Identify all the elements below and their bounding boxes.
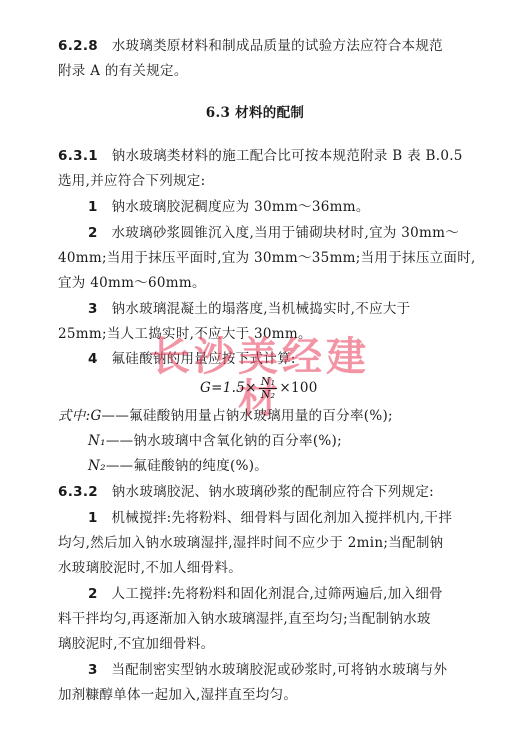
item-number: 1 xyxy=(88,199,98,215)
clause-text: 钠水玻璃胶泥、钠水玻璃砂浆的配制应符合下列规定: xyxy=(112,484,434,500)
formula-fraction: N₁N₂ xyxy=(259,376,278,401)
clause-number: 6.3.2 xyxy=(58,484,98,500)
clause-text-cont: 附录 A 的有关规定。 xyxy=(58,62,188,80)
list-item: 3 钠水玻璃混凝土的塌落度,当机械捣实时,不应大于 xyxy=(88,300,410,318)
item-text-cont: 水玻璃胶泥时,不加人细骨料。 xyxy=(58,559,242,577)
clause-text: 钠水玻璃类材料的施工配合比可按本规范附录 B 表 B.0.5 xyxy=(112,148,463,164)
denominator: N₂ xyxy=(259,389,278,401)
item-text-cont: 40mm;当用于抹压平面时,宜为 30mm～35mm;当用于抹压立面时, xyxy=(58,249,476,267)
document-page: 6.2.8 水玻璃类原材料和制成品质量的试验方法应符合本规范 附录 A 的有关规… xyxy=(0,0,510,736)
item-number: 2 xyxy=(88,586,98,602)
symbol: N₁ xyxy=(88,433,106,449)
clause-text: 水玻璃类原材料和制成品质量的试验方法应符合本规范 xyxy=(112,38,443,54)
item-number: 4 xyxy=(88,351,98,367)
symbol-desc: ——氟硅酸钠的纯度(%)。 xyxy=(106,458,268,474)
clause-6-3-1: 6.3.1 钠水玻璃类材料的施工配合比可按本规范附录 B 表 B.0.5 xyxy=(58,147,463,165)
item-text-cont: 料干拌均匀,再逐渐加入钠水玻璃湿拌,直至均匀;当配制钠水玻 xyxy=(58,610,431,628)
list-item: 2 人工搅拌:先将粉料和固化剂混合,过筛两遍后,加入细骨 xyxy=(88,585,443,603)
item-text-cont: 璃胶泥时,不宜加细骨料。 xyxy=(58,635,214,653)
item-text-cont: 均匀,然后加入钠水玻璃湿拌,湿拌时间不应少于 2min;当配制钠 xyxy=(58,534,443,552)
symbol-desc: ——氟硅酸钠用量占钠水玻璃用量的百分率(%); xyxy=(102,408,393,424)
clause-text-cont: 选用,并应符合下列规定: xyxy=(58,172,205,190)
list-item: 1 钠水玻璃胶泥稠度应为 30mm～36mm。 xyxy=(88,198,370,216)
item-text-cont: 25mm;当人工捣实时,不应大于 30mm。 xyxy=(58,325,312,343)
item-number: 3 xyxy=(88,301,98,317)
where-entry: N₁——钠水玻璃中含氧化钠的百分率(%); xyxy=(88,432,342,450)
item-text: 当配制密实型钠水玻璃胶泥或砂浆时,可将钠水玻璃与外 xyxy=(111,662,447,678)
item-number: 2 xyxy=(88,225,98,241)
section-title: 6.3 材料的配制 xyxy=(0,104,510,122)
item-text: 钠水玻璃胶泥稠度应为 30mm～36mm。 xyxy=(111,199,369,215)
formula: G=1.5×N₁N₂×100 (6.3.1) xyxy=(200,376,318,401)
symbol: N₂ xyxy=(88,458,106,474)
list-item: 2 水玻璃砂浆圆锥沉入度,当用于铺砌块材时,宜为 30mm～ xyxy=(88,224,459,242)
item-text-cont: 宜为 40mm～60mm。 xyxy=(58,274,206,292)
list-item: 3 当配制密实型钠水玻璃胶泥或砂浆时,可将钠水玻璃与外 xyxy=(88,661,447,679)
item-text-cont: 加剂糠醇单体一起加入,湿拌直至均匀。 xyxy=(58,686,297,704)
item-number: 3 xyxy=(88,662,98,678)
formula-rhs: ×100 xyxy=(279,380,317,396)
list-item: 1 机械搅拌:先将粉料、细骨料与固化剂加入搅拌机内,干拌 xyxy=(88,509,452,527)
clause-number: 6.2.8 xyxy=(58,38,98,54)
item-text: 氟硅酸钠的用量应按下式计算: xyxy=(111,351,295,367)
formula-lhs: G=1.5× xyxy=(200,380,257,396)
where-entry: N₂——氟硅酸钠的纯度(%)。 xyxy=(88,457,268,475)
item-text: 水玻璃砂浆圆锥沉入度,当用于铺砌块材时,宜为 30mm～ xyxy=(111,225,459,241)
clause-6-3-2: 6.3.2 钠水玻璃胶泥、钠水玻璃砂浆的配制应符合下列规定: xyxy=(58,483,434,501)
symbol: 式中:G xyxy=(58,408,102,424)
item-text: 钠水玻璃混凝土的塌落度,当机械捣实时,不应大于 xyxy=(111,301,410,317)
symbol-desc: ——钠水玻璃中含氧化钠的百分率(%); xyxy=(106,433,342,449)
list-item: 4 氟硅酸钠的用量应按下式计算: xyxy=(88,350,296,368)
item-text: 机械搅拌:先将粉料、细骨料与固化剂加入搅拌机内,干拌 xyxy=(111,510,452,526)
clause-6-2-8: 6.2.8 水玻璃类原材料和制成品质量的试验方法应符合本规范 xyxy=(58,37,443,55)
clause-number: 6.3.1 xyxy=(58,148,98,164)
item-number: 1 xyxy=(88,510,98,526)
item-text: 人工搅拌:先将粉料和固化剂混合,过筛两遍后,加入细骨 xyxy=(111,586,442,602)
where-entry: 式中:G——氟硅酸钠用量占钠水玻璃用量的百分率(%); xyxy=(58,407,393,425)
